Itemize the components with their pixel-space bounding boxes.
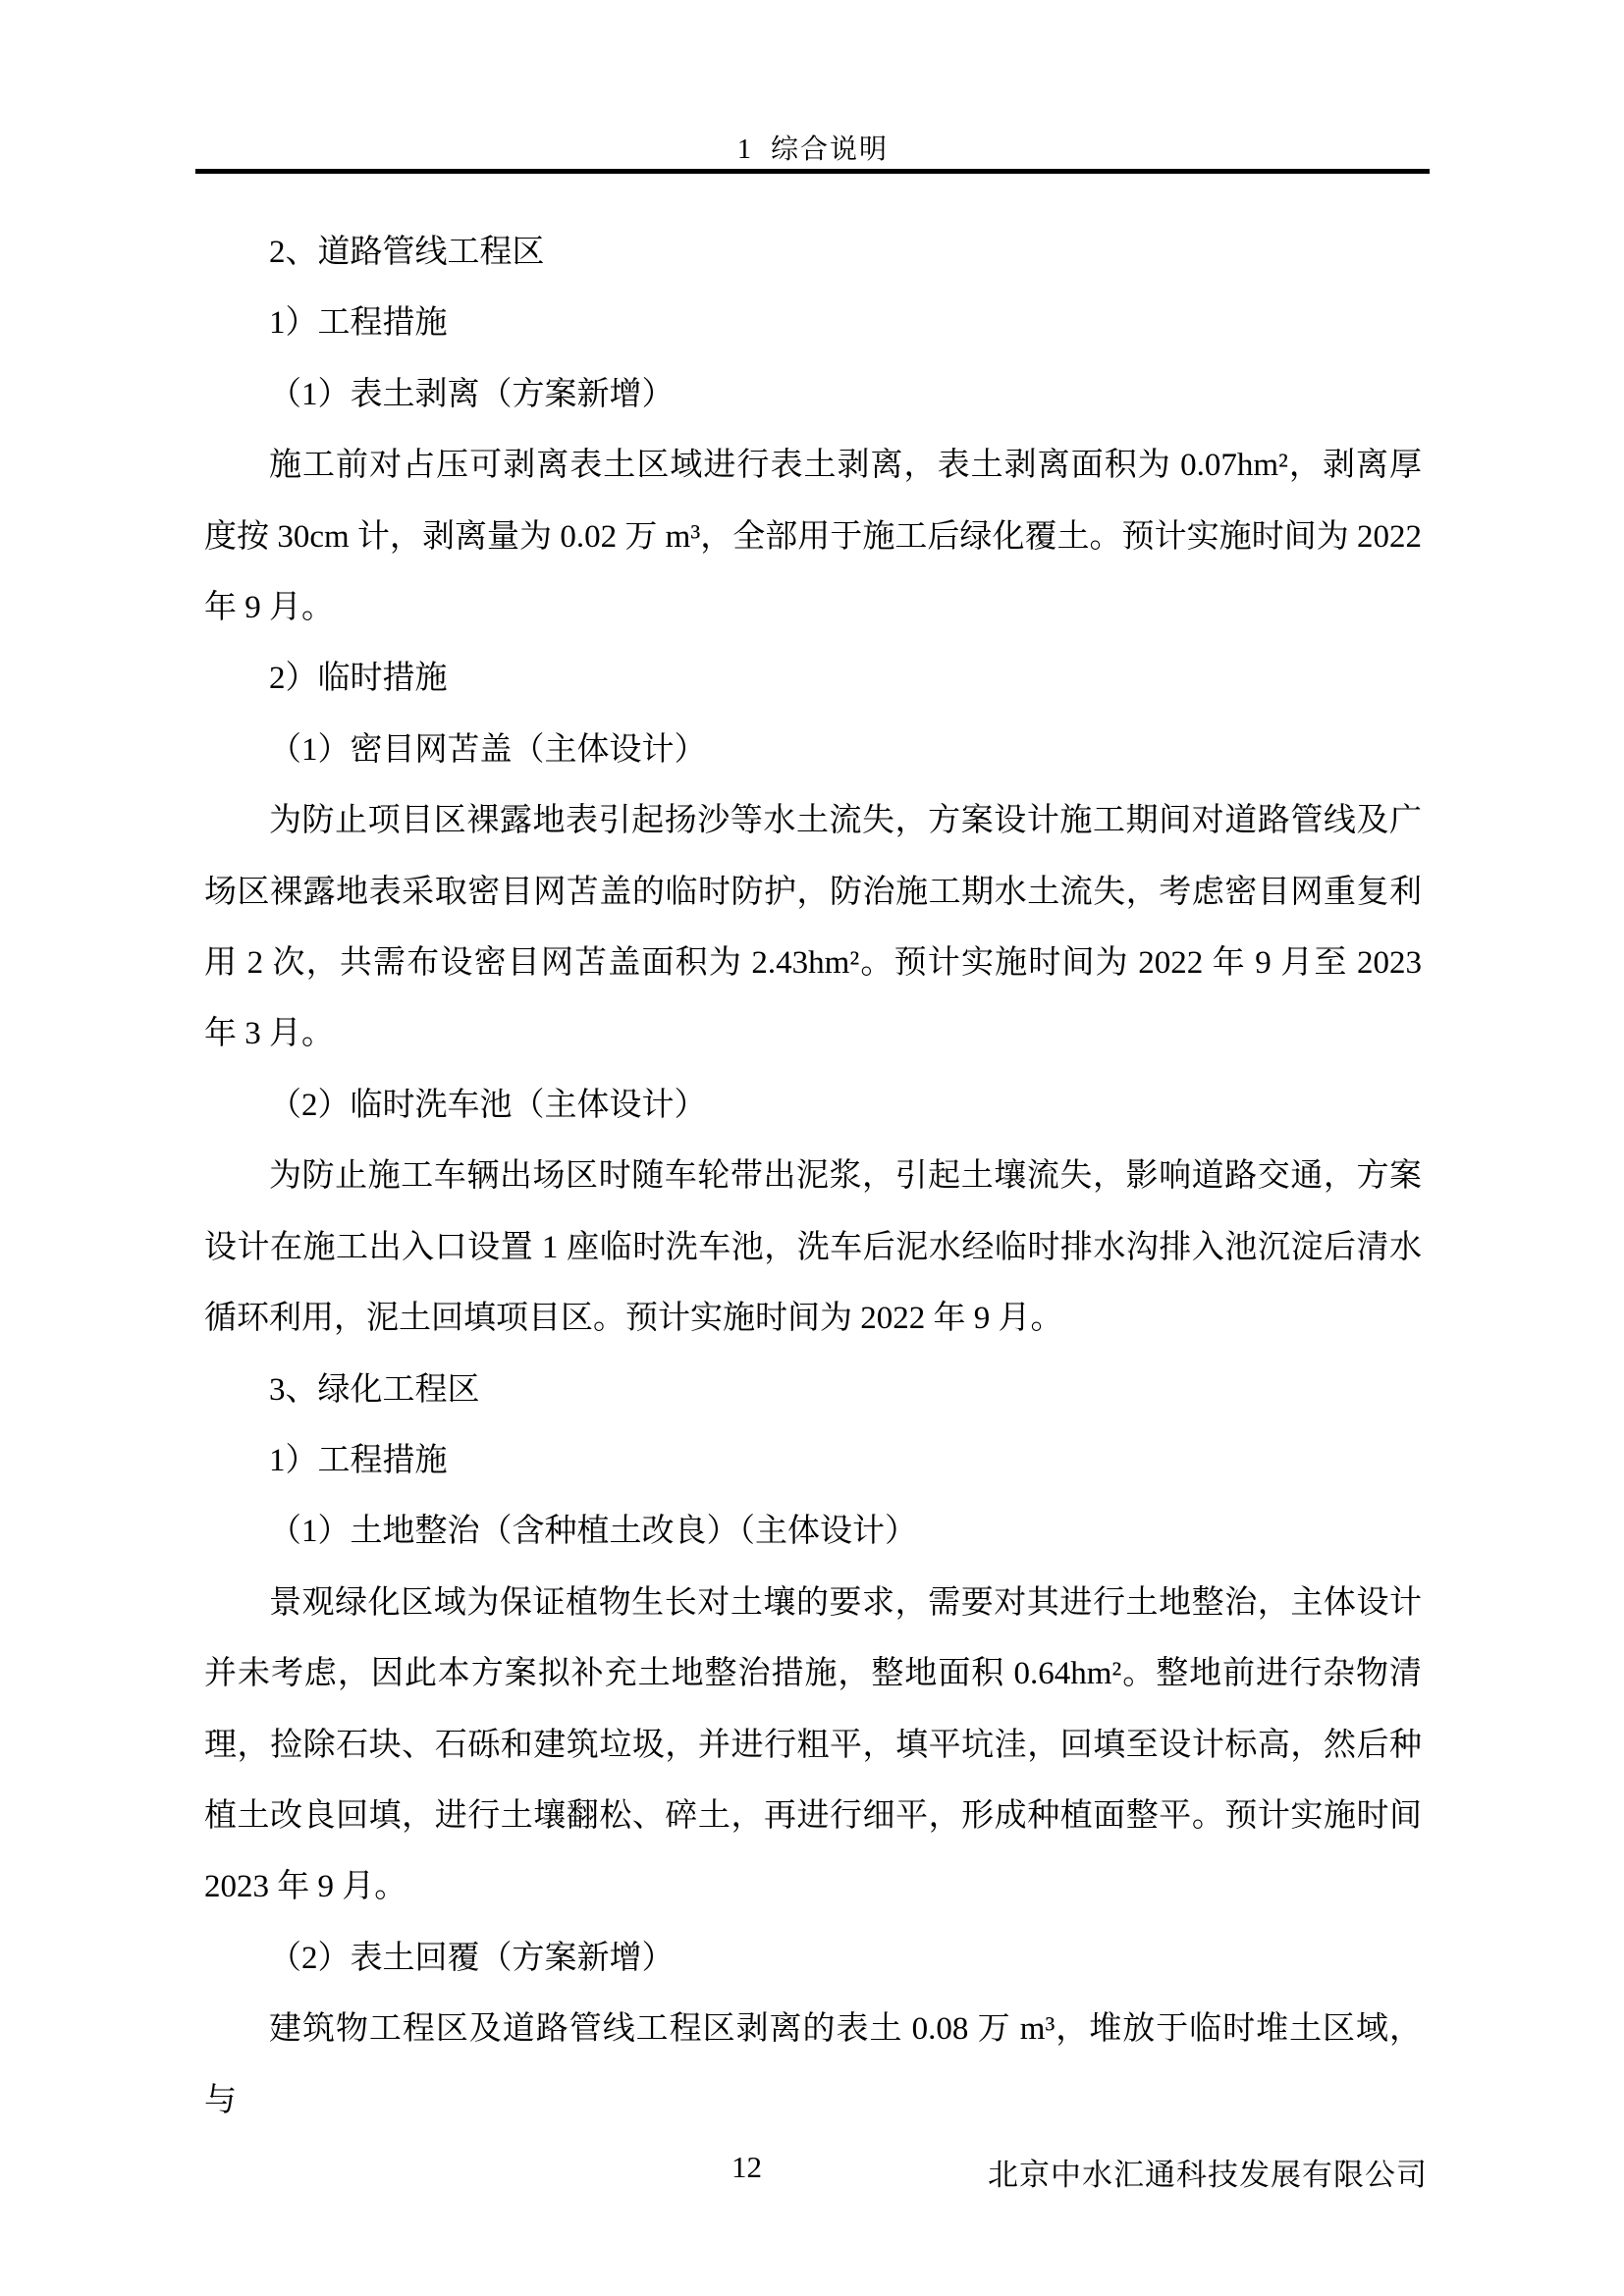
body-paragraph: 建筑物工程区及道路管线工程区剥离的表土 0.08 万 m³，堆放于临时堆土区域，… bbox=[204, 1994, 1422, 2136]
section-heading: （2）表土回覆（方案新增） bbox=[204, 1923, 1422, 1994]
footer-page-number: 12 bbox=[731, 2150, 762, 2185]
section-heading: 2）临时措施 bbox=[204, 643, 1422, 714]
body-paragraph: 施工前对占压可剥离表土区域进行表土剥离，表土剥离面积为 0.07hm²，剥离厚度… bbox=[204, 430, 1422, 643]
section-heading: 2、道路管线工程区 bbox=[204, 217, 1422, 288]
section-heading: （1）密目网苫盖（主体设计） bbox=[204, 715, 1422, 785]
section-heading: （2）临时洗车池（主体设计） bbox=[204, 1070, 1422, 1141]
document-page: 1 综合说明 2、道路管线工程区1）工程措施（1）表土剥离（方案新增）施工前对占… bbox=[0, 0, 1624, 2296]
section-heading: 3、绿化工程区 bbox=[204, 1355, 1422, 1425]
section-heading: （1）土地整治（含种植土改良）（主体设计） bbox=[204, 1496, 1422, 1567]
page-header-title: 1 综合说明 bbox=[204, 128, 1422, 167]
section-heading: （1）表土剥离（方案新增） bbox=[204, 359, 1422, 430]
section-heading: 1）工程措施 bbox=[204, 288, 1422, 358]
body-paragraph: 为防止施工车辆出场区时随车轮带出泥浆，引起土壤流失，影响道路交通，方案设计在施工… bbox=[204, 1141, 1422, 1354]
section-heading: 1）工程措施 bbox=[204, 1425, 1422, 1496]
body-paragraph: 为防止项目区裸露地表引起扬沙等水土流失，方案设计施工期间对道路管线及广场区裸露地… bbox=[204, 785, 1422, 1070]
body-paragraph: 景观绿化区域为保证植物生长对土壤的要求，需要对其进行土地整治，主体设计并未考虑，… bbox=[204, 1568, 1422, 1923]
document-body: 2、道路管线工程区1）工程措施（1）表土剥离（方案新增）施工前对占压可剥离表土区… bbox=[204, 217, 1422, 2136]
header-rule bbox=[195, 169, 1430, 174]
footer-company-name: 北京中水汇通科技发展有限公司 bbox=[988, 2150, 1428, 2194]
